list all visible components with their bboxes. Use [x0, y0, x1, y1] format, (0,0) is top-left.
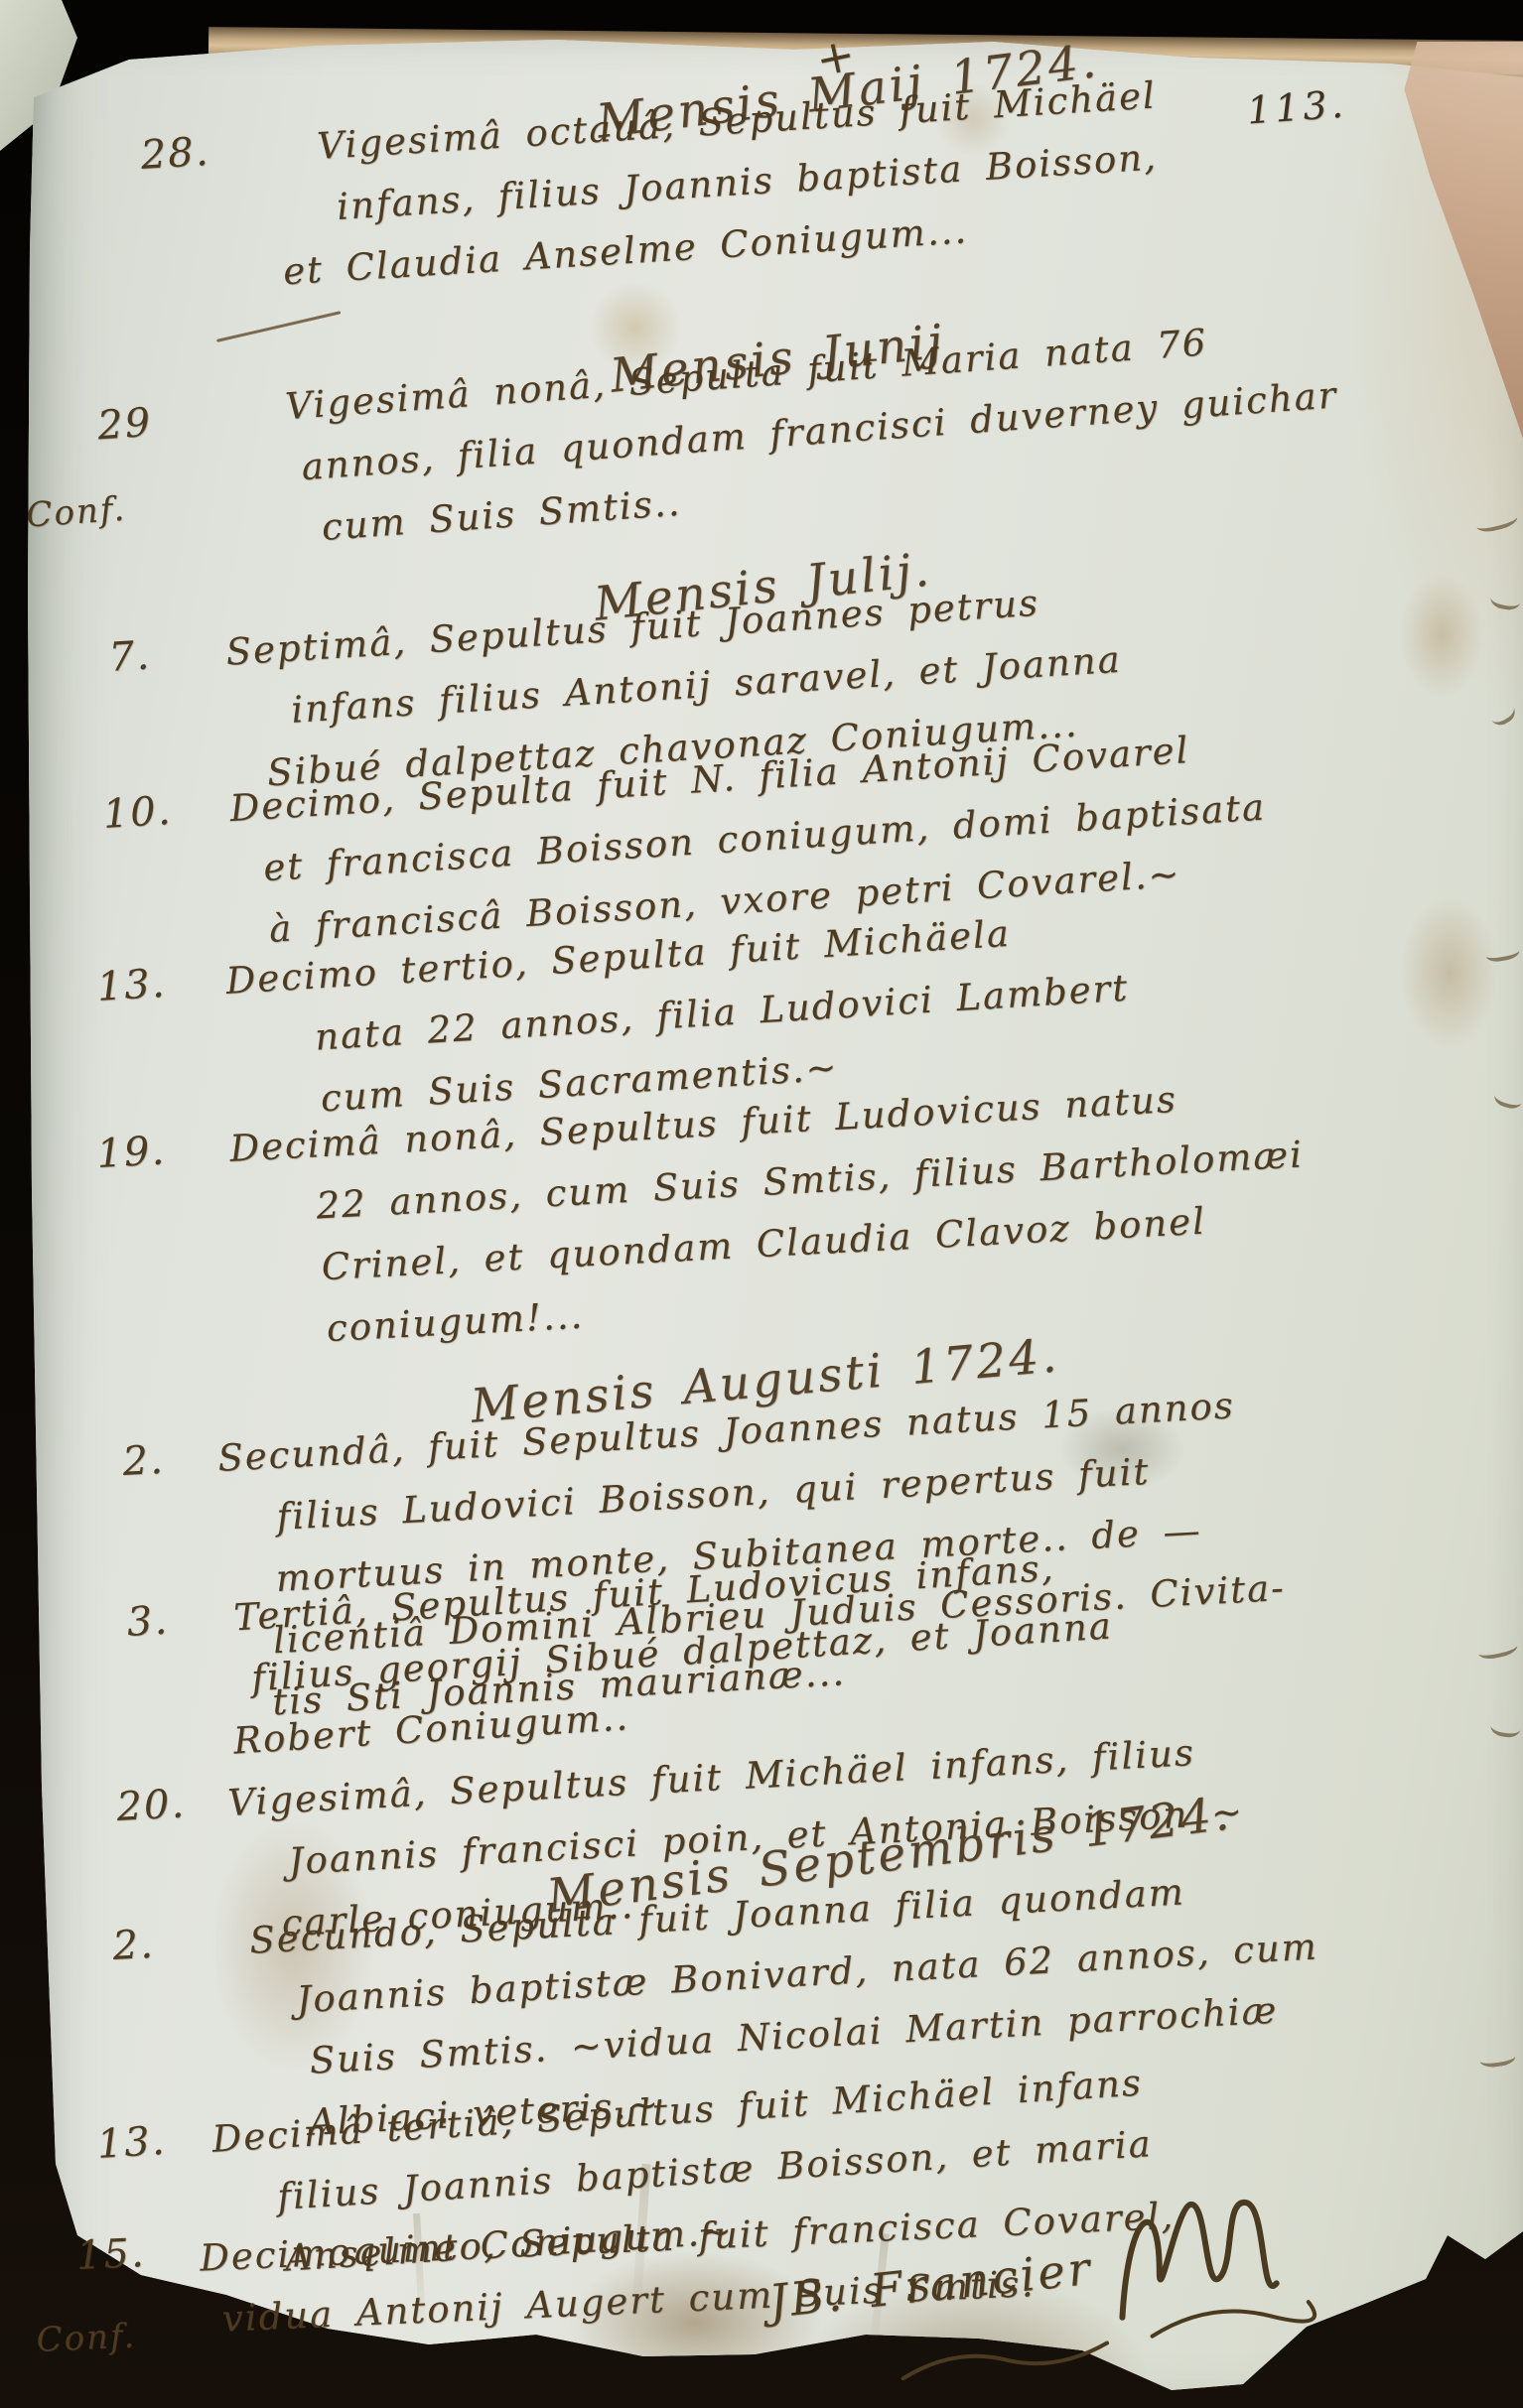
entry-conf-note: Conf.	[25, 489, 127, 536]
entry-day-number: 2.	[111, 1922, 156, 1969]
page-bleed-mark	[1473, 503, 1519, 535]
signature-flourish-icon	[1097, 2171, 1322, 2360]
entry-day-number: 10.	[101, 788, 173, 838]
signature-underline-icon	[895, 2329, 1116, 2391]
entry-day-number: 19.	[95, 1128, 167, 1177]
ink-stroke	[216, 311, 341, 342]
entry-day-number: 15.	[75, 2230, 147, 2279]
entry-day-number: 7.	[107, 632, 152, 680]
entry-day-number: 20.	[115, 1781, 187, 1830]
entry-conf-note: Conf.	[36, 2317, 137, 2360]
entry-day-number: 13.	[95, 961, 167, 1010]
entry-day-number: 2.	[121, 1437, 166, 1485]
manuscript-photo: + 113. Mensis Maij 1724. 28. Vigesimâ oc…	[0, 0, 1523, 2408]
entry-day-number: 13.	[95, 2118, 167, 2168]
entry-day-number: 3.	[125, 1597, 170, 1645]
entry-day-number: 29	[96, 400, 154, 450]
entry-day-number: 28.	[139, 129, 210, 179]
handwritten-ink-layer: + 113. Mensis Maij 1724. 28. Vigesimâ oc…	[0, 0, 1523, 2408]
